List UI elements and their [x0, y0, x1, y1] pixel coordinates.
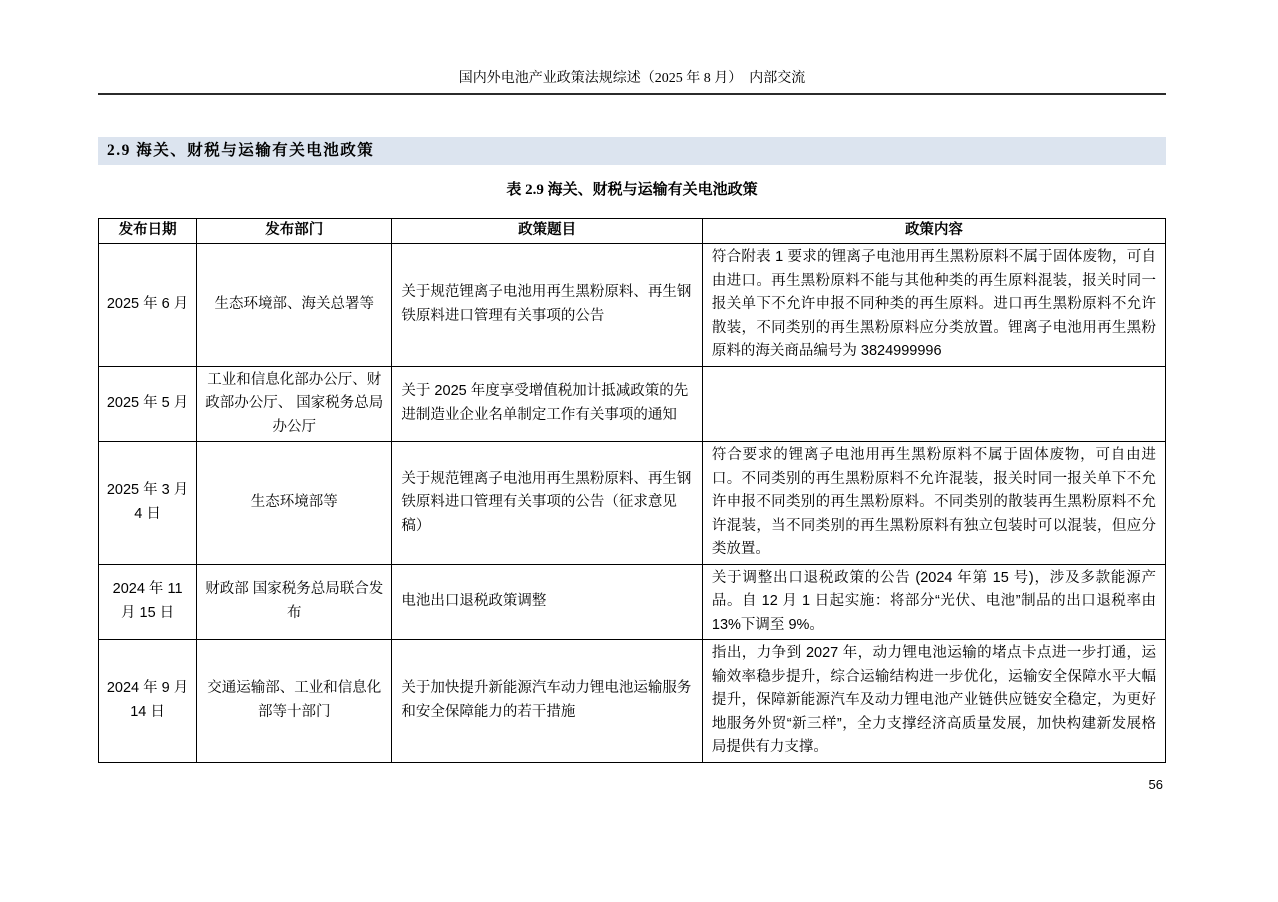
document-page: 国内外电池产业政策法规综述（2025 年 8 月） 内部交流 2.9 海关、财税… [98, 0, 1166, 792]
cell-department: 交通运输部、工业和信息化部等十部门 [197, 640, 392, 763]
cell-title: 关于 2025 年度享受增值税加计抵减政策的先进制造业企业名单制定工作有关事项的… [392, 366, 702, 442]
table-row: 2024 年 9 月 14 日 交通运输部、工业和信息化部等十部门 关于加快提升… [99, 640, 1166, 763]
policy-table: 发布日期 发布部门 政策题目 政策内容 2025 年 6 月 生态环境部、海关总… [98, 218, 1166, 763]
cell-date: 2025 年 3 月 4 日 [99, 442, 197, 565]
column-header-department: 发布部门 [197, 219, 392, 244]
column-header-content: 政策内容 [702, 219, 1165, 244]
doc-header-title: 国内外电池产业政策法规综述（2025 年 8 月） 内部交流 [98, 70, 1166, 88]
table-row: 2025 年 6 月 生态环境部、海关总署等 关于规范锂离子电池用再生黑粉原料、… [99, 244, 1166, 367]
table-header-row: 发布日期 发布部门 政策题目 政策内容 [99, 219, 1166, 244]
table-row: 2025 年 5 月 工业和信息化部办公厅、财政部办公厅、 国家税务总局办公厅 … [99, 366, 1166, 442]
cell-department: 财政部 国家税务总局联合发布 [197, 564, 392, 640]
cell-date: 2025 年 5 月 [99, 366, 197, 442]
table-caption: 表 2.9 海关、财税与运输有关电池政策 [98, 178, 1166, 199]
cell-content: 符合要求的锂离子电池用再生黑粉原料不属于固体废物，可自由进口。不同类别的再生黑粉… [702, 442, 1165, 565]
cell-department: 生态环境部等 [197, 442, 392, 565]
cell-date: 2024 年 11 月 15 日 [99, 564, 197, 640]
cell-title: 电池出口退税政策调整 [392, 564, 702, 640]
table-row: 2025 年 3 月 4 日 生态环境部等 关于规范锂离子电池用再生黑粉原料、再… [99, 442, 1166, 565]
cell-department: 生态环境部、海关总署等 [197, 244, 392, 367]
cell-department: 工业和信息化部办公厅、财政部办公厅、 国家税务总局办公厅 [197, 366, 392, 442]
cell-title: 关于加快提升新能源汽车动力锂电池运输服务和安全保障能力的若干措施 [392, 640, 702, 763]
page-number: 56 [98, 777, 1166, 792]
cell-content: 指出，力争到 2027 年，动力锂电池运输的堵点卡点进一步打通，运输效率稳步提升… [702, 640, 1165, 763]
section-heading: 2.9 海关、财税与运输有关电池政策 [98, 137, 1166, 165]
cell-title: 关于规范锂离子电池用再生黑粉原料、再生钢铁原料进口管理有关事项的公告（征求意见稿… [392, 442, 702, 565]
cell-date: 2024 年 9 月 14 日 [99, 640, 197, 763]
column-header-date: 发布日期 [99, 219, 197, 244]
cell-content: 关于调整出口退税政策的公告 (2024 年第 15 号)，涉及多款能源产品。自 … [702, 564, 1165, 640]
cell-title: 关于规范锂离子电池用再生黑粉原料、再生钢铁原料进口管理有关事项的公告 [392, 244, 702, 367]
table-row: 2024 年 11 月 15 日 财政部 国家税务总局联合发布 电池出口退税政策… [99, 564, 1166, 640]
cell-date: 2025 年 6 月 [99, 244, 197, 367]
doc-header: 国内外电池产业政策法规综述（2025 年 8 月） 内部交流 [98, 0, 1166, 95]
cell-content: 符合附表 1 要求的锂离子电池用再生黑粉原料不属于固体废物，可自由进口。再生黑粉… [702, 244, 1165, 367]
cell-content [702, 366, 1165, 442]
column-header-title: 政策题目 [392, 219, 702, 244]
